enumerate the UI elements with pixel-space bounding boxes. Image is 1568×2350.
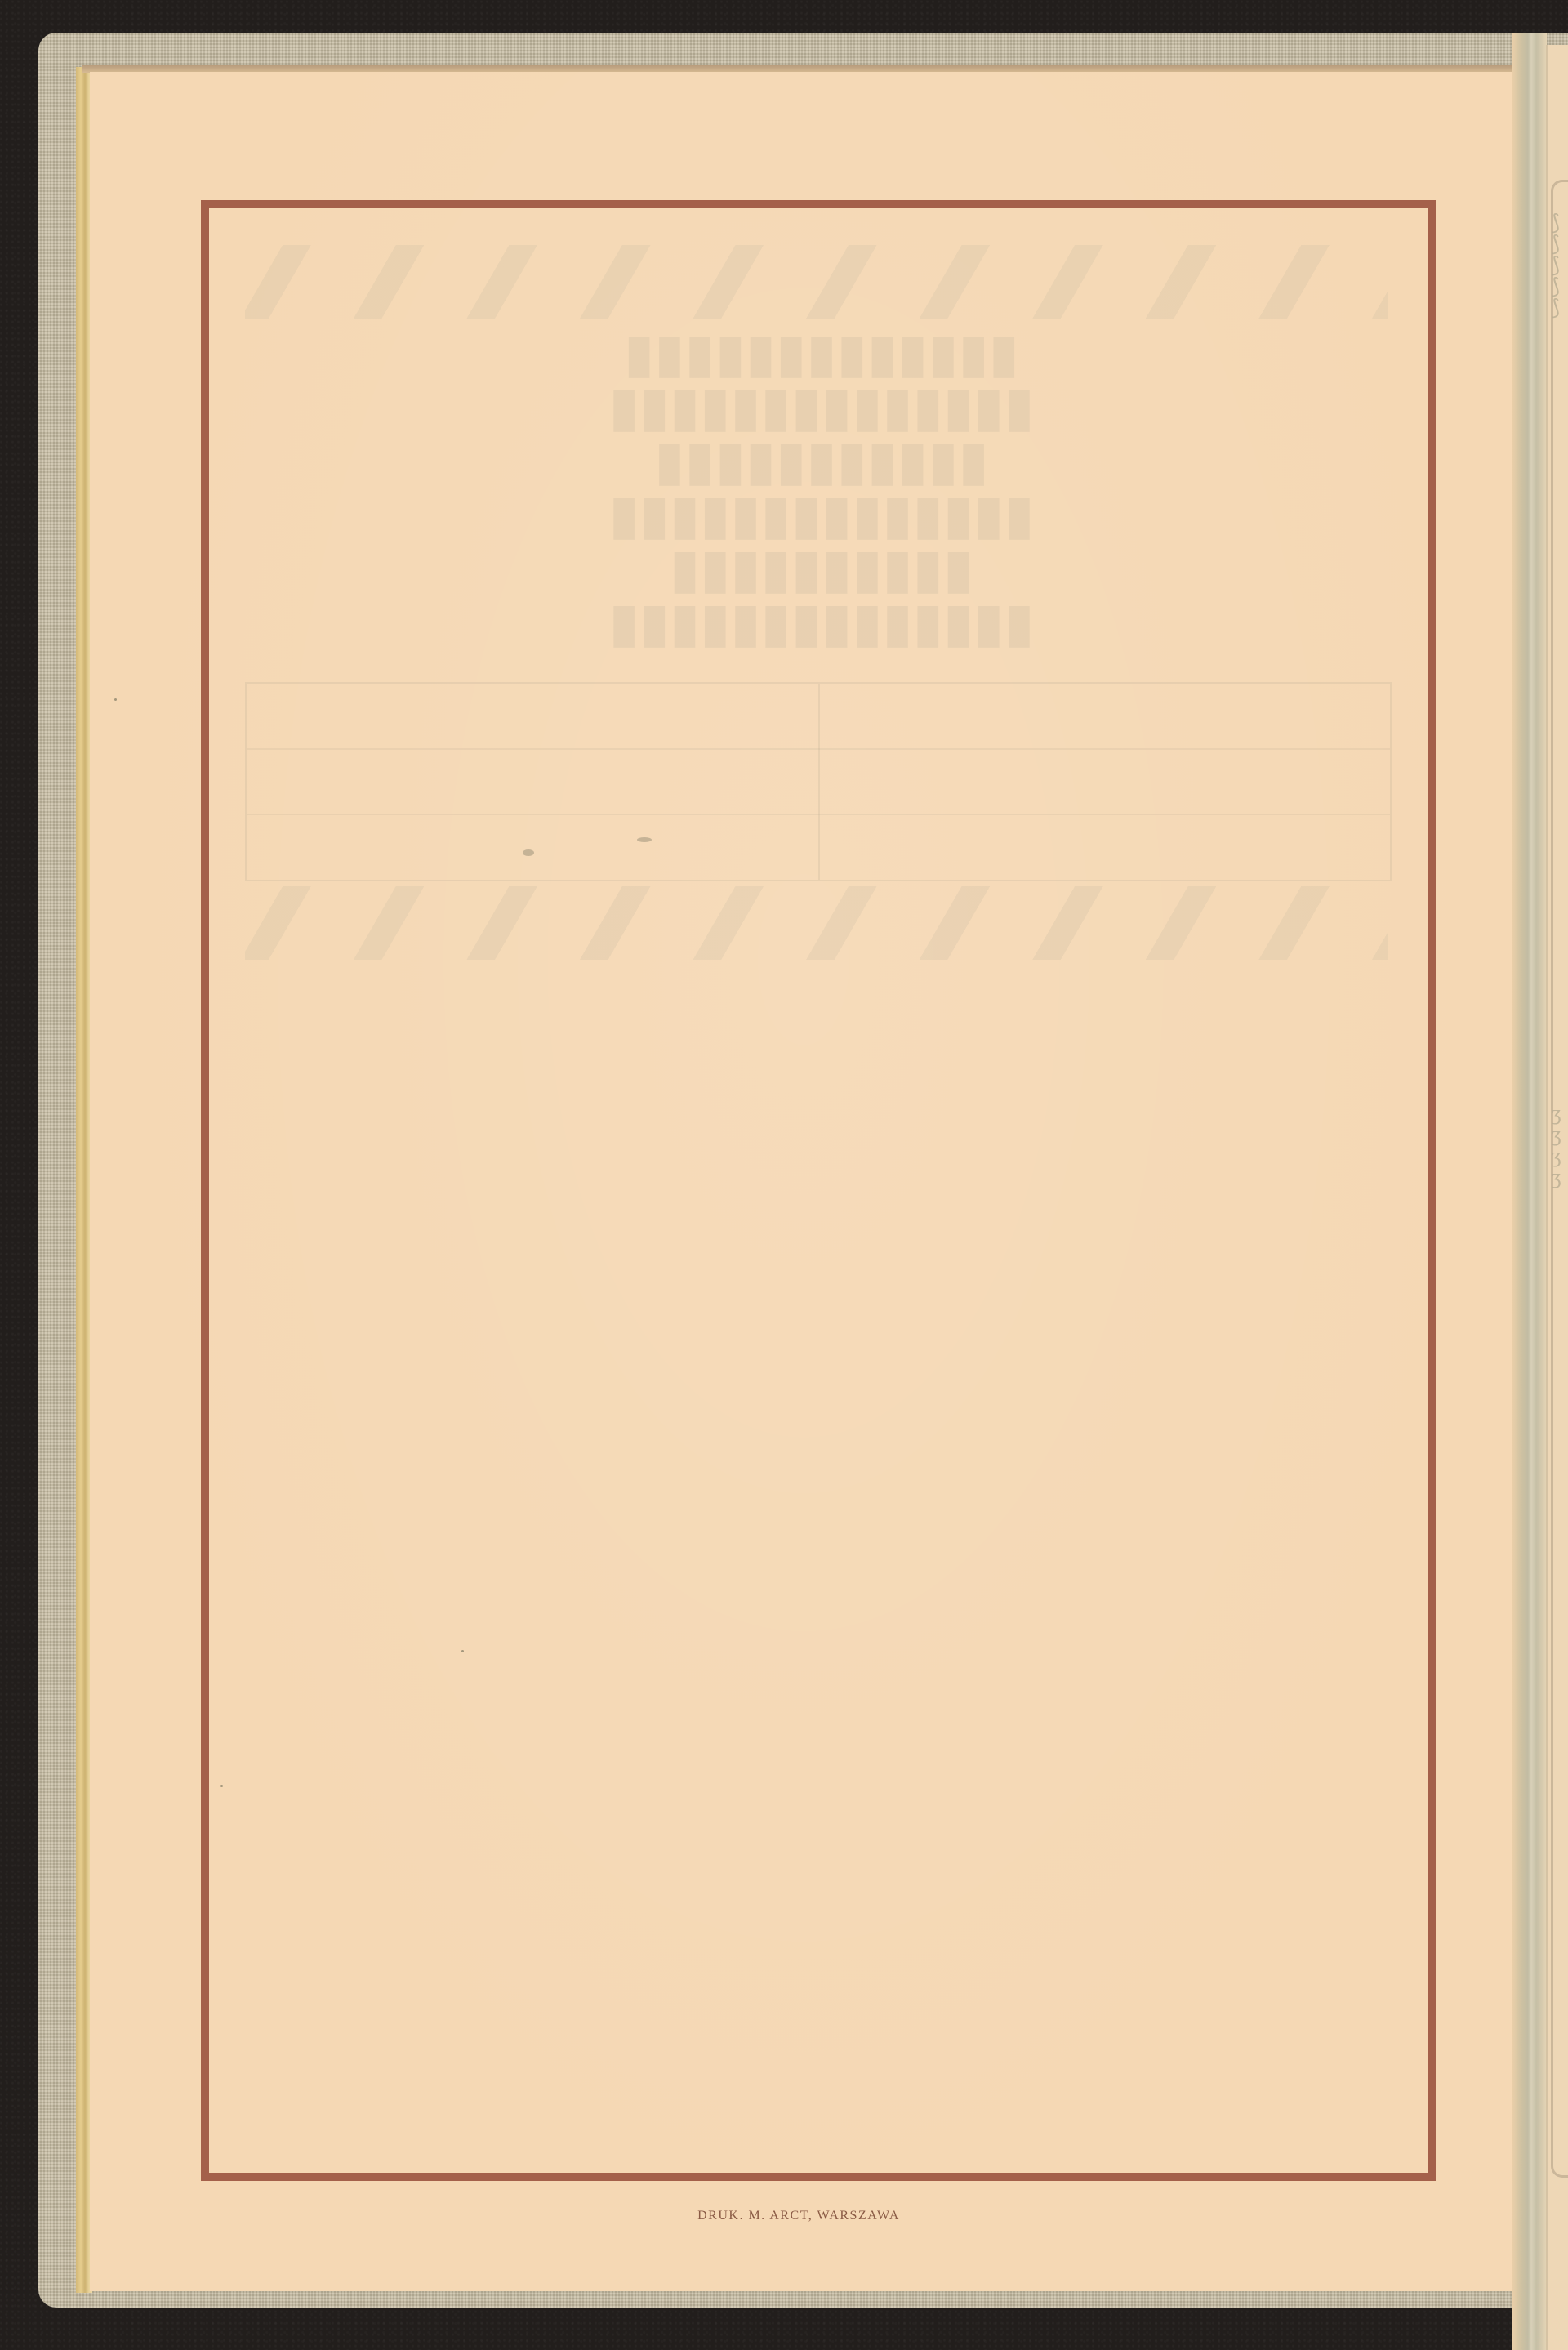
paper-speck — [114, 698, 117, 701]
decorative-frame-border — [201, 200, 1436, 2181]
wave-ornament-icon: ⟆⟆⟆⟆⟆ — [1552, 212, 1568, 319]
printer-imprint: DRUK. M. ARCT, WARSZAWA — [0, 2209, 1568, 2223]
imprint-text: DRUK. M. ARCT, WARSZAWA — [697, 2209, 900, 2223]
wave-ornament-icon: ʒʒʒʒ — [1552, 1103, 1568, 1188]
book-gutter — [1512, 33, 1547, 2350]
